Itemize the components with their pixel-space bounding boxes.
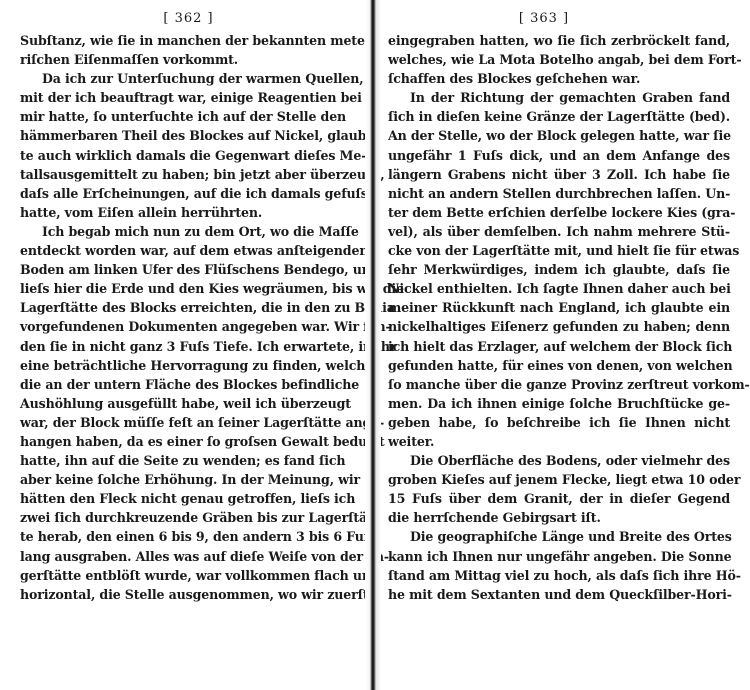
- text-line: eine beträchtliche Hervorragung zu finde…: [20, 356, 337, 375]
- text-line: te auch wirklich damals die Gegenwart di…: [20, 146, 337, 165]
- text-line: Subſtanz, wie ſie in manchen der bekannt…: [20, 31, 337, 50]
- text-line: Nickel enthielten. Ich ſagte Ihnen daher…: [388, 279, 730, 298]
- text-line: ſich in dieſen keine Gränze der Lagerſtä…: [388, 107, 730, 126]
- text-line: meiner Rückkunft nach England, ich glaub…: [388, 298, 730, 317]
- text-line: weiter.: [388, 432, 730, 451]
- text-line: kann ich Ihnen nur ungefähr angeben. Die…: [388, 547, 730, 566]
- text-line: längern Grabens nicht über 3 Zoll. Ich h…: [388, 165, 730, 184]
- text-line: ter dem Bette erſchien derſelbe lockere …: [388, 203, 730, 222]
- text-line: Aushöhlung ausgefüllt habe, weil ich übe…: [20, 394, 337, 413]
- text-line: die herrſchende Gebirgsart iſt.: [388, 508, 730, 527]
- left-page: [ 362 ] Subſtanz, wie ſie in manchen der…: [0, 0, 365, 690]
- text-line: ungefähr 1 Fuſs dick, und an dem Anfange…: [388, 146, 730, 165]
- text-line: 15 Fuſs über dem Granit, der in dieſer G…: [388, 489, 730, 508]
- text-line: men. Da ich ihnen einige ſolche Bruchſtü…: [388, 394, 730, 413]
- text-line: den ſie in nicht ganz 3 Fuſs Tiefe. Ich …: [20, 337, 337, 356]
- text-line: hatte, ihn auf die Seite zu wenden; es f…: [20, 451, 337, 470]
- text-line: war, der Block müſſe feſt an ſeiner Lage…: [20, 413, 337, 432]
- text-line: welches, wie La Mota Botelho angab, bei …: [388, 50, 730, 69]
- text-line: mir hatte, ſo unterſuchte ich auf der St…: [20, 107, 337, 126]
- text-line: cke von der Lagerſtätte mit, und hielt ſ…: [388, 241, 730, 260]
- text-line: groben Kieſes auf jenem Flecke, liegt et…: [388, 470, 730, 489]
- text-line: tallsausgemittelt zu haben; bin jetzt ab…: [20, 165, 337, 184]
- text-line: nickelhaltiges Eiſenerz gefunden zu habe…: [388, 317, 730, 336]
- text-line: daſs alle Erſcheinungen, auf die ich dam…: [20, 184, 337, 203]
- text-line: vel), als über demſelben. Ich nahm mehre…: [388, 222, 730, 241]
- text-line: die an der untern Fläche des Blockes bef…: [20, 375, 337, 394]
- text-line: horizontal, die Stelle ausgenommen, wo w…: [20, 585, 337, 604]
- text-line: Lagerſtätte des Blocks erreichten, die i…: [20, 298, 337, 317]
- text-line: ich hielt das Erzlager, auf welchem der …: [388, 337, 730, 356]
- text-line: Die geographiſche Länge und Breite des O…: [388, 527, 730, 546]
- text-line: entdeckt worden war, auf dem etwas anſte…: [20, 241, 337, 260]
- text-line: An der Stelle, wo der Block gelegen hatt…: [388, 126, 730, 145]
- text-line: vorgefundenen Dokumenten angegeben war. …: [20, 317, 337, 336]
- text-line: Die Oberfläche des Bodens, oder vielmehr…: [388, 451, 730, 470]
- text-line: riſchen Eiſenmaſſen vorkommt.: [20, 50, 337, 69]
- text-line: ſehr Merkwürdiges, indem ich glaubte, da…: [388, 260, 730, 279]
- text-line: Boden am linken Ufer des Flüſschens Bend…: [20, 260, 337, 279]
- text-line: ſo manche über die ganze Provinz zerſtre…: [388, 375, 730, 394]
- text-line: hämmerbaren Theil des Blockes auf Nickel…: [20, 126, 337, 145]
- text-line: lieſs hier die Erde und den Kies wegräum…: [20, 279, 337, 298]
- text-line: hatte, vom Eiſen allein herrührten.: [20, 203, 337, 222]
- text-line: gefunden hatte, für eines von denen, von…: [388, 356, 730, 375]
- text-line: ſchaffen des Blockes geſchehen war.: [388, 69, 730, 88]
- text-line: nicht an andern Stellen durchbrechen laſ…: [388, 184, 730, 203]
- text-line: eingegraben hatten, wo ſie ſich zerbröck…: [388, 31, 730, 50]
- text-line: geben habe, ſo beſchreibe ich ſie Ihnen …: [388, 413, 730, 432]
- text-line: mit der ich beauftragt war, einige Reage…: [20, 88, 337, 107]
- page-number: [ 363 ]: [388, 8, 730, 30]
- text-line: gerſtätte entblöſt wurde, war vollkommen…: [20, 566, 337, 585]
- right-page: [ 363 ] eingegraben hatten, wo ſie ſich …: [381, 0, 750, 690]
- text-line: ſtand am Mittag viel zu hoch, als daſs ſ…: [388, 566, 730, 585]
- text-line: he mit dem Sextanten und dem Queckſilber…: [388, 585, 730, 604]
- text-line: Ich begab mich nun zu dem Ort, wo die Ma…: [20, 222, 337, 241]
- text-line: lang ausgraben. Alles was auf dieſe Weiſ…: [20, 547, 337, 566]
- book-spine-divider: [365, 0, 381, 690]
- text-line: Da ich zur Unterſuchung der warmen Quell…: [20, 69, 337, 88]
- text-line: te herab, den einen 6 bis 9, den andern …: [20, 527, 337, 546]
- text-line: hangen haben, da es einer ſo groſsen Gew…: [20, 432, 337, 451]
- text-line: In der Richtung der gemachten Graben fan…: [388, 88, 730, 107]
- text-line: hätten den Fleck nicht genau getroffen, …: [20, 489, 337, 508]
- text-line: aber keine ſolche Erhöhung. In der Meinu…: [20, 470, 337, 489]
- page-number: [ 362 ]: [20, 8, 337, 30]
- text-line: zwei ſich durchkreuzende Gräben bis zur …: [20, 508, 337, 527]
